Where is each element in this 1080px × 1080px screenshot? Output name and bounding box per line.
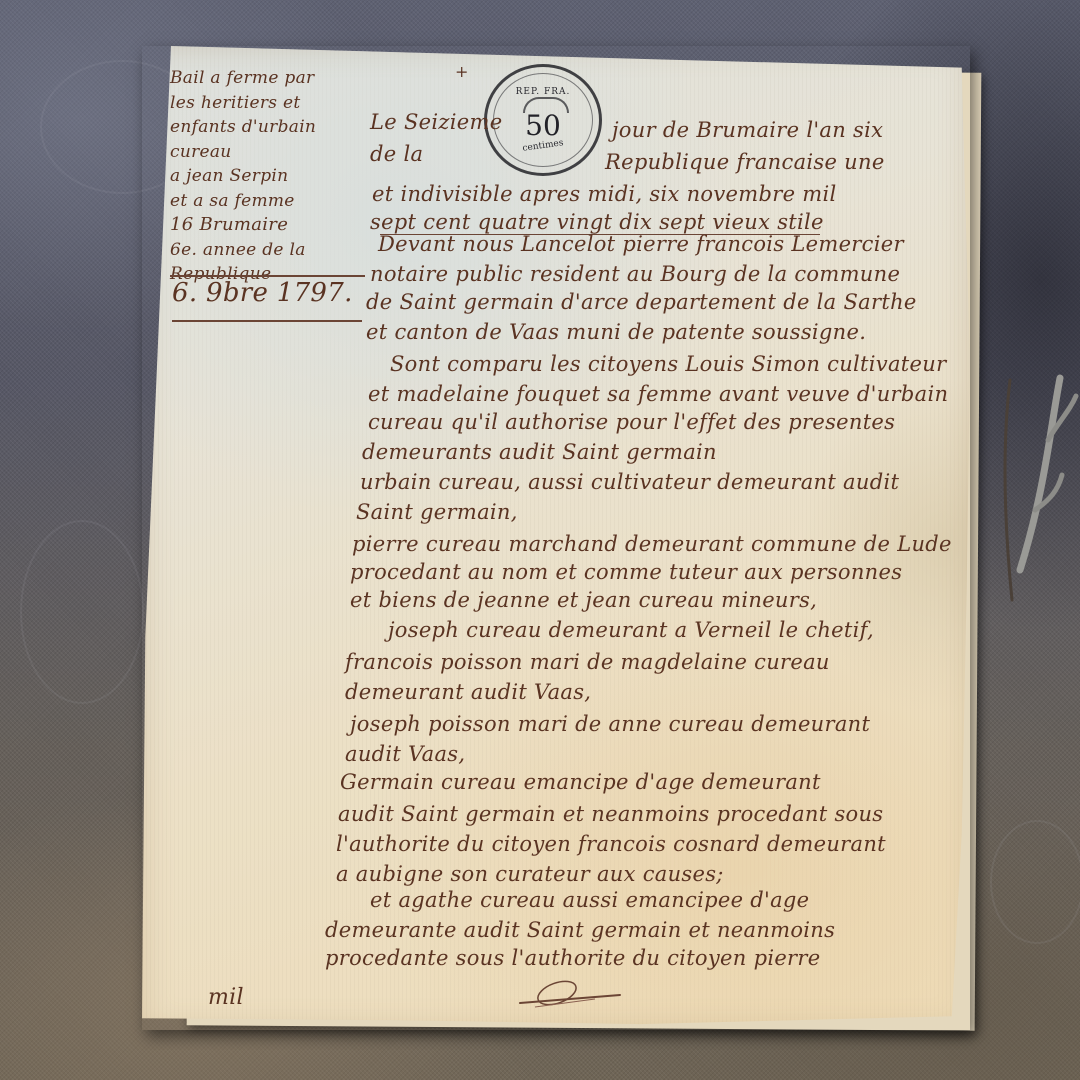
footer-word: mil xyxy=(208,985,244,1010)
stamp-unit: centimes xyxy=(487,133,599,158)
body-line: et indivisible apres midi, six novembre … xyxy=(372,182,837,206)
embroidered-sprig-icon xyxy=(990,370,1080,610)
margin-note-line: cureau xyxy=(170,140,370,165)
body-line: procedante sous l'authorite du citoyen p… xyxy=(325,946,820,970)
margin-date: 6. 9bre 1797. xyxy=(172,278,353,308)
body-line: a aubigne son curateur aux causes; xyxy=(336,862,724,886)
body-line: Republique francaise une xyxy=(605,150,885,174)
body-line: Devant nous Lancelot pierre francois Lem… xyxy=(378,232,904,256)
body-line: procedant au nom et comme tuteur aux per… xyxy=(350,560,902,584)
margin-note: Bail a ferme par les heritiers et enfant… xyxy=(170,66,370,287)
body-line: cureau qu'il authorise pour l'effet des … xyxy=(368,410,895,434)
body-line: jour de Brumaire l'an six xyxy=(612,118,883,142)
body-line: Sont comparu les citoyens Louis Simon cu… xyxy=(390,352,946,376)
body-line: urbain cureau, aussi cultivateur demeura… xyxy=(360,470,899,494)
body-line: notaire public resident au Bourg de la c… xyxy=(370,262,900,286)
body-line: l'authorite du citoyen francois cosnard … xyxy=(336,832,886,856)
body-line: Saint germain, xyxy=(356,500,518,524)
body-line: demeurante audit Saint germain et neanmo… xyxy=(325,918,835,942)
margin-note-line: enfants d'urbain xyxy=(170,115,370,140)
paraph-flourish-icon xyxy=(515,975,625,1015)
body-line: Germain cureau emancipe d'age demeurant xyxy=(340,770,821,794)
body-line: et agathe cureau aussi emancipee d'age xyxy=(370,888,809,912)
margin-rule-top xyxy=(170,275,365,277)
header-cross-mark: + xyxy=(455,62,469,81)
margin-note-line: 16 Brumaire xyxy=(170,213,370,238)
body-line: de la xyxy=(370,142,423,166)
margin-note-line: et a sa femme xyxy=(170,189,370,214)
body-line: et madelaine fouquet sa femme avant veuv… xyxy=(368,382,948,406)
margin-note-line: les heritiers et xyxy=(170,91,370,116)
stamp-ornament-icon xyxy=(523,97,569,113)
margin-note-line: 6e. annee de la xyxy=(170,238,370,263)
body-line: audit Vaas, xyxy=(345,742,465,766)
stamp-republic-text: REP. FRA. xyxy=(487,87,599,97)
body-line: joseph poisson mari de anne cureau demeu… xyxy=(350,712,870,736)
body-line: francois poisson mari de magdelaine cure… xyxy=(345,650,830,674)
body-line: et biens de jeanne et jean cureau mineur… xyxy=(350,588,817,612)
margin-rule-bottom xyxy=(172,320,362,322)
body-line: audit Saint germain et neanmoins proceda… xyxy=(338,802,883,826)
body-line: de Saint germain d'arce departement de l… xyxy=(366,290,917,314)
fabric-motif xyxy=(20,520,144,704)
body-line: demeurant audit Vaas, xyxy=(345,680,591,704)
margin-note-line: a jean Serpin xyxy=(170,164,370,189)
stamp-value: 50 xyxy=(487,109,599,142)
body-line: joseph cureau demeurant a Verneil le che… xyxy=(388,618,874,642)
fabric-motif xyxy=(990,820,1080,944)
body-line: sept cent quatre vingt dix sept vieux st… xyxy=(370,210,824,234)
body-line: et canton de Vaas muni de patente soussi… xyxy=(366,320,866,344)
margin-note-line: Bail a ferme par xyxy=(170,66,370,91)
body-line: Le Seizieme xyxy=(370,110,502,134)
body-line: demeurants audit Saint germain xyxy=(362,440,717,464)
body-line: pierre cureau marchand demeurant commune… xyxy=(352,532,952,556)
